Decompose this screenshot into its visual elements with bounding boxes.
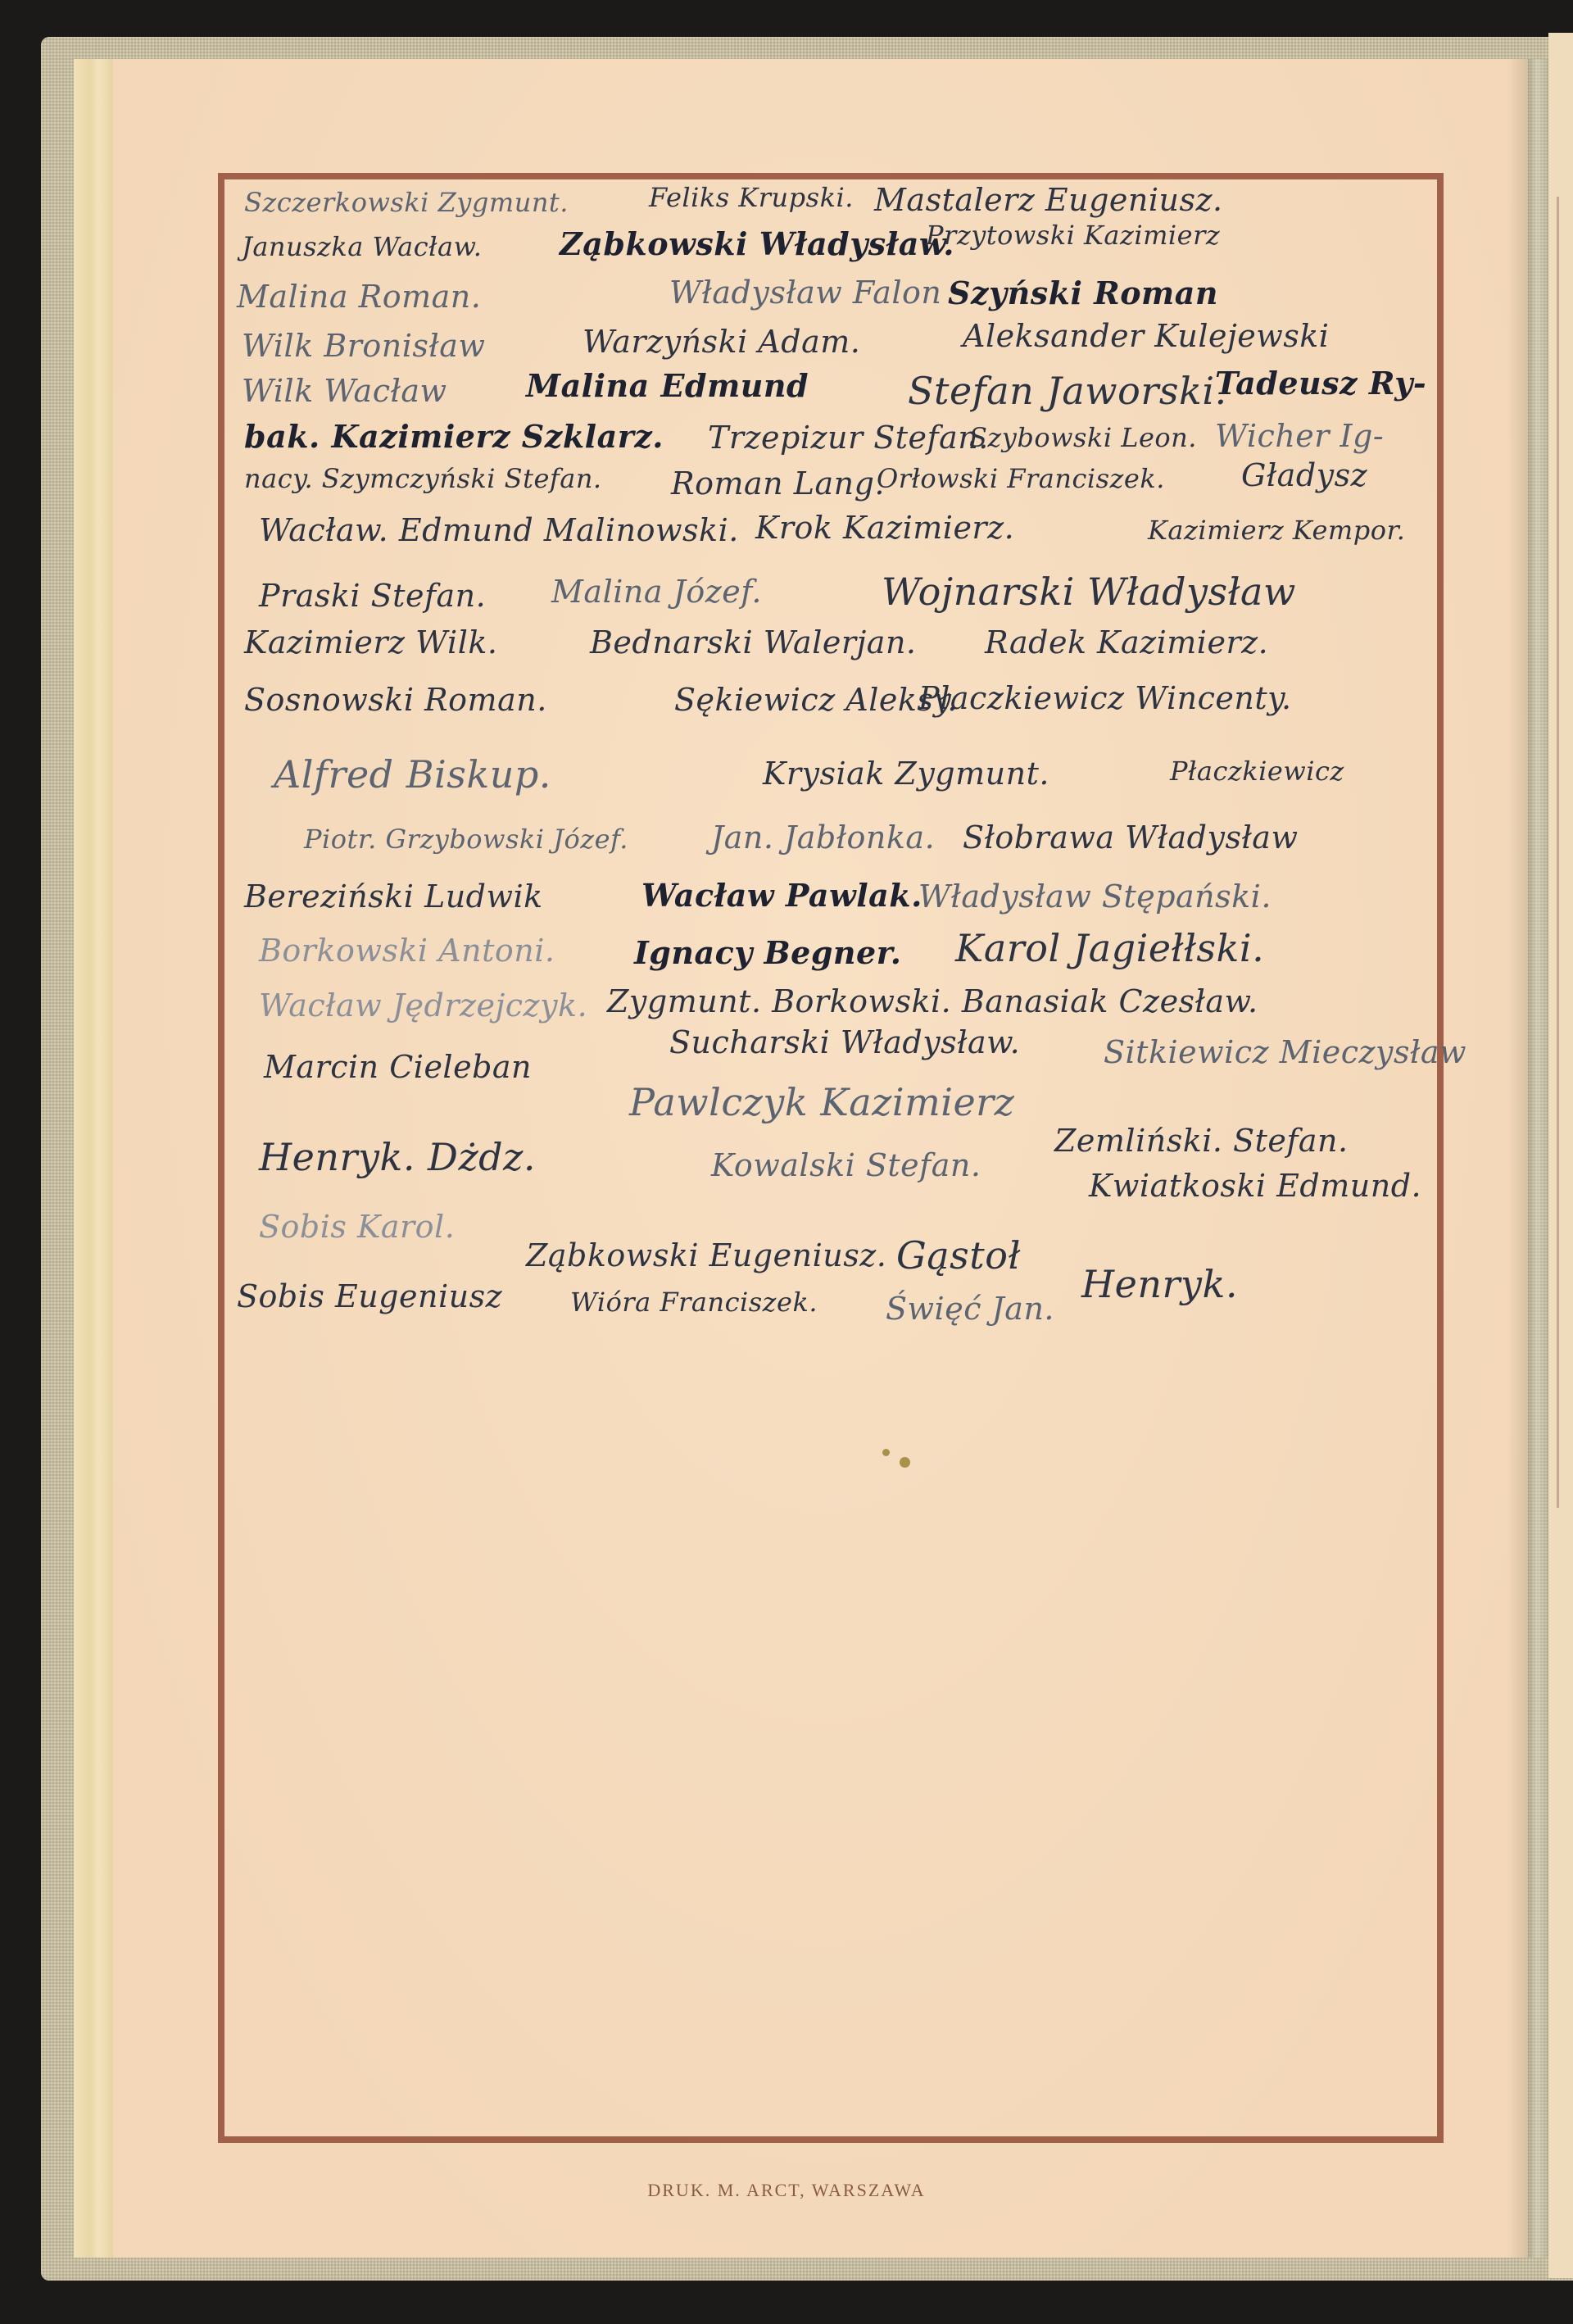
- handwritten-signature: Wilk Wacław: [242, 373, 447, 409]
- handwritten-signature: Marcin Cieleban: [264, 1049, 532, 1085]
- handwritten-signature: Roman Lang.: [671, 465, 885, 502]
- handwritten-signature: Borkowski Antoni.: [259, 933, 555, 969]
- handwritten-signature: Pawlczyk Kazimierz: [629, 1080, 1014, 1124]
- handwritten-signature: Wacław Jędrzejczyk.: [259, 987, 587, 1024]
- handwritten-signature: Sękiewicz Aleksy.: [674, 682, 958, 718]
- handwritten-signature: Feliks Krupski.: [649, 182, 854, 213]
- handwritten-signature: Sobis Eugeniusz: [237, 1278, 502, 1314]
- handwritten-signature: Jan. Jabłonka.: [711, 819, 935, 856]
- handwritten-signature: Słobrawa Władysław: [963, 819, 1298, 856]
- handwritten-signature: Malina Józef.: [551, 574, 762, 610]
- handwritten-signature: Władysław Falon: [669, 275, 941, 311]
- handwritten-signature: Władysław Stępański.: [918, 878, 1272, 915]
- adjacent-page-ornament: [1557, 197, 1573, 1508]
- handwritten-signature: Sucharski Władysław.: [669, 1024, 1020, 1060]
- handwritten-signature: Henryk.: [1081, 1262, 1238, 1306]
- handwritten-signature: bak. Kazimierz Szklarz.: [244, 418, 664, 455]
- handwritten-signature: Karol Jagiełłski.: [955, 926, 1264, 970]
- handwritten-signature: Radek Kazimierz.: [985, 624, 1268, 660]
- handwritten-signature: Krysiak Zygmunt.: [763, 756, 1049, 792]
- handwritten-signature: Święć Jan.: [886, 1291, 1054, 1327]
- page-gutter: [1507, 59, 1550, 2258]
- handwritten-signature: Orłowski Franciszek.: [877, 463, 1165, 494]
- handwritten-signature: Malina Edmund: [526, 367, 809, 404]
- handwritten-signature: Płaczkiewicz: [1170, 756, 1344, 787]
- handwritten-signature: Szybowski Leon.: [969, 422, 1197, 453]
- handwritten-signature: Bereziński Ludwik: [244, 878, 543, 915]
- handwritten-signature: Kazimierz Kempor.: [1148, 515, 1405, 546]
- printer-imprint: DRUK. M. ARCT, WARSZAWA: [0, 2180, 1573, 2201]
- handwritten-signature: Przytowski Kazimierz: [926, 220, 1220, 251]
- handwritten-signature: Płaczkiewicz Wincenty.: [918, 680, 1292, 716]
- handwritten-signature: Mastalerz Eugeniusz.: [874, 182, 1223, 218]
- handwritten-signature: Gąstoł: [896, 1233, 1021, 1278]
- handwritten-signature: Tadeusz Ry-: [1215, 365, 1426, 402]
- handwritten-signature: Henryk. Dżdz.: [259, 1135, 536, 1179]
- handwritten-signature: Szyński Roman: [948, 275, 1218, 311]
- handwritten-signature: Stefan Jaworski.: [908, 369, 1227, 413]
- handwritten-signature: Ząbkowski Władysław.: [560, 225, 954, 262]
- handwritten-signature: Wojnarski Władysław: [882, 570, 1296, 614]
- handwritten-signature: Zemliński. Stefan.: [1054, 1123, 1349, 1159]
- handwritten-signature: Alfred Biskup.: [274, 752, 551, 797]
- handwritten-signature: Sosnowski Roman.: [244, 682, 547, 718]
- handwritten-signature: Kazimierz Wilk.: [244, 624, 497, 660]
- handwritten-signature: Piotr. Grzybowski Józef.: [304, 824, 628, 855]
- handwritten-signature: Kwiatkoski Edmund.: [1089, 1168, 1421, 1204]
- handwritten-signature: Warzyński Adam.: [583, 324, 860, 360]
- handwritten-signature: Wióra Franciszek.: [570, 1287, 818, 1318]
- handwritten-signature: Malina Roman.: [237, 279, 481, 315]
- handwritten-signature: Ignacy Begner.: [634, 934, 901, 971]
- page-stack-edges: [74, 59, 115, 2258]
- handwritten-signature: Kowalski Stefan.: [711, 1147, 981, 1183]
- handwritten-signature: Wicher Ig-: [1215, 418, 1384, 454]
- handwritten-signature: Januszka Wacław.: [242, 231, 482, 262]
- adjacent-page-sliver: [1548, 33, 1573, 2278]
- handwritten-signature: Sobis Karol.: [259, 1209, 455, 1245]
- handwritten-signature: Gładysz: [1241, 457, 1367, 493]
- handwritten-signature: Wacław. Edmund Malinowski.: [259, 512, 739, 548]
- handwritten-signature: Ząbkowski Eugeniusz.: [526, 1237, 886, 1273]
- handwritten-signature: Szczerkowski Zygmunt.: [244, 187, 569, 218]
- handwritten-signature: Krok Kazimierz.: [755, 510, 1014, 546]
- handwritten-signature: Praski Stefan.: [259, 578, 486, 614]
- handwritten-signature: Bednarski Walerjan.: [590, 624, 917, 660]
- handwritten-signature: Aleksander Kulejewski: [963, 318, 1329, 354]
- handwritten-signature: Trzepizur Stefan.: [708, 420, 989, 456]
- paper-stain: [882, 1449, 890, 1456]
- handwritten-signature: Sitkiewicz Mieczysław: [1104, 1034, 1466, 1070]
- handwritten-signature: Zygmunt. Borkowski. Banasiak Czesław.: [607, 983, 1258, 1019]
- handwritten-signature: Wacław Pawlak.: [641, 877, 922, 914]
- paper-stain: [900, 1457, 910, 1468]
- handwritten-signature: Wilk Bronisław: [242, 328, 485, 364]
- handwritten-signature: nacy. Szymczyński Stefan.: [244, 463, 602, 494]
